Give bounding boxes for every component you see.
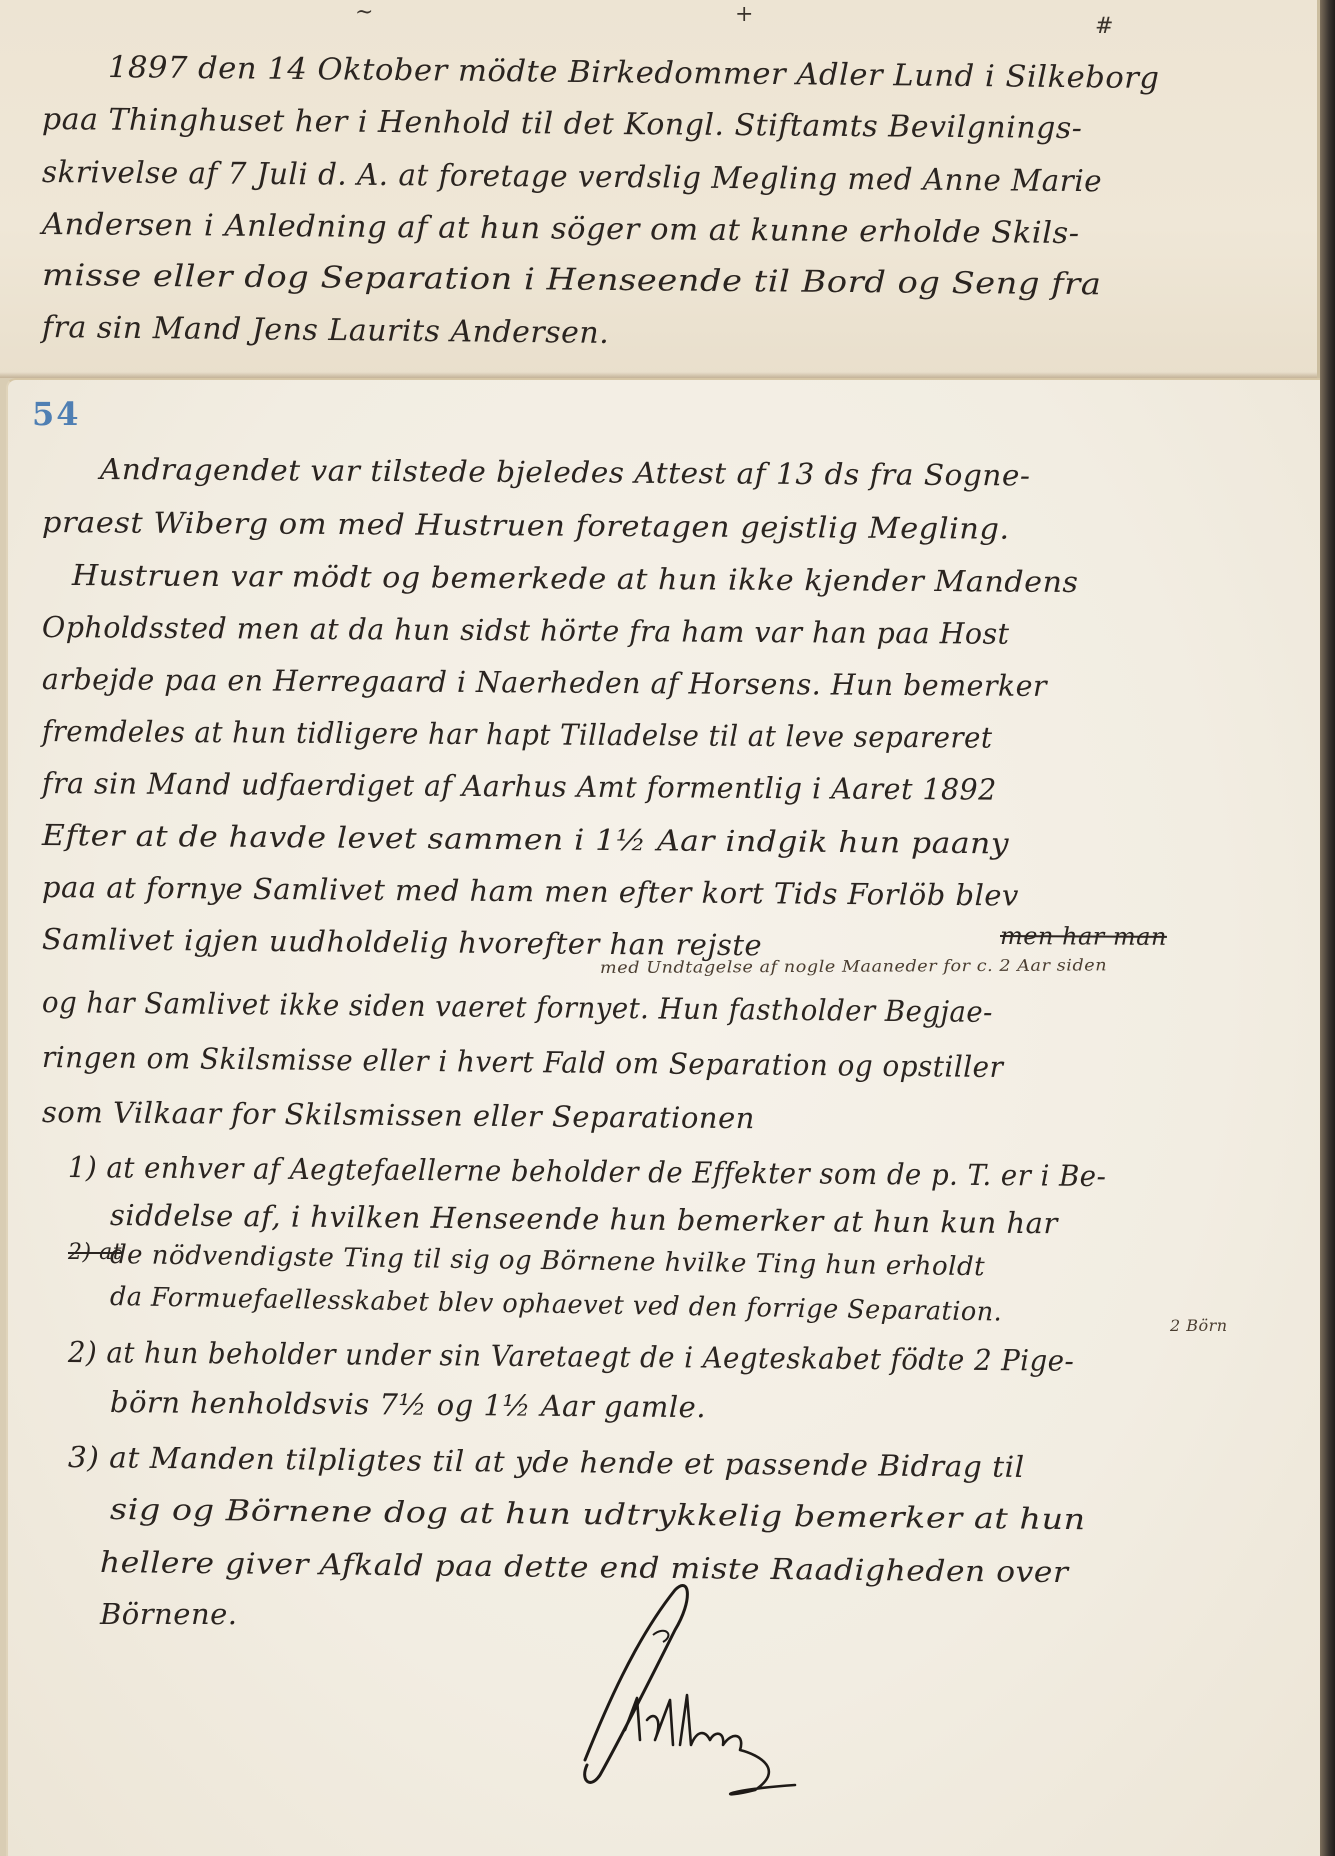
- struck-out-text: men har man: [1000, 922, 1167, 951]
- lower-entry-line: Opholdssted men at da hun sidst hörte fr…: [42, 610, 1010, 651]
- lower-entry-line: fra sin Mand udfaerdiget af Aarhus Amt f…: [42, 766, 997, 807]
- lower-entry-line: fremdeles at hun tidligere har hapt Till…: [42, 714, 993, 755]
- lower-entry-line: Samlivet igjen uudholdelig hvorefter han…: [42, 922, 762, 962]
- upper-entry-line: 1897 den 14 Oktober mödte Birkedommer Ad…: [108, 50, 1160, 96]
- top-mark-plus: +: [735, 2, 753, 27]
- list-item-3-continued: Börnene.: [100, 1597, 238, 1631]
- upper-entry-line: fra sin Mand Jens Laurits Andersen.: [42, 310, 610, 351]
- upper-entry-line: skrivelse af 7 Juli d. A. at foretage ve…: [42, 155, 1102, 199]
- upper-entry-line: misse eller dog Separation i Henseende t…: [42, 258, 1102, 302]
- book-spine-shadow: [1320, 0, 1335, 1856]
- lower-entry-line: Andragendet var tilstede bjeledes Attest…: [100, 452, 1031, 492]
- interlinear-insert: med Undtagelse af nogle Maaneder for c. …: [600, 955, 1107, 977]
- upper-entry-line: Andersen i Anledning af at hun söger om …: [42, 207, 1080, 251]
- top-mark-hash: #: [1095, 14, 1113, 39]
- upper-entry-line: paa Thinghuset her i Henhold til det Kon…: [42, 102, 1083, 146]
- lower-entry-line: praest Wiberg om med Hustruen foretagen …: [42, 505, 1010, 546]
- upper-page: ~ + # 1897 den 14 Oktober mödte Birkedom…: [0, 0, 1320, 378]
- superscript-insert: 2 Börn: [1170, 1316, 1228, 1335]
- page-number: 54: [32, 395, 81, 433]
- signature: Adler Lund: [575, 1580, 815, 1810]
- top-mark-left: ~: [355, 0, 373, 25]
- lower-entry-line: Hustruen var mödt og bemerkede at hun ik…: [72, 558, 1079, 599]
- lower-entry-line: som Vilkaar for Skilsmissen eller Separa…: [42, 1095, 755, 1135]
- lower-entry-line: arbejde paa en Herregaard i Naerheden af…: [42, 662, 1047, 703]
- list-item-2-continued: börn henholdsvis 7½ og 1½ Aar gamle.: [110, 1385, 706, 1424]
